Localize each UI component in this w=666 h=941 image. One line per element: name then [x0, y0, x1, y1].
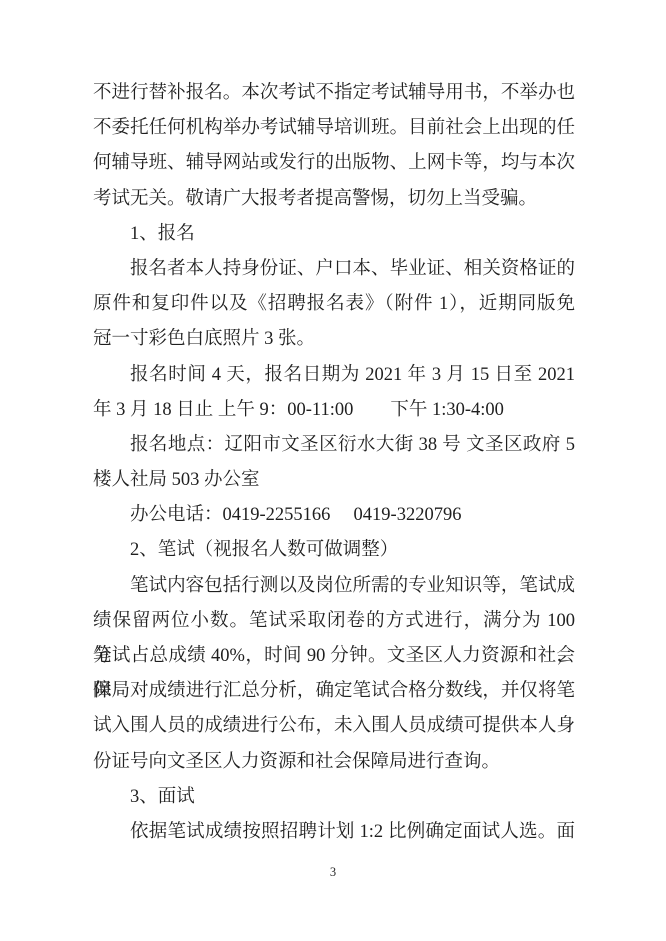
text-line: 不委托任何机构举办考试辅导培训班。目前社会上出现的任	[93, 111, 575, 146]
text-line: 报名时间 4 天，报名日期为 2021 年 3 月 15 日至 2021	[93, 358, 575, 393]
section-heading-line: 1、报名	[93, 217, 575, 252]
page-number: 3	[0, 864, 666, 880]
text-line: 原件和复印件以及《招聘报名表》（附件 1），近期同版免	[93, 287, 575, 322]
section-heading-line: 2、笔试（视报名人数可做调整）	[93, 533, 575, 568]
text-line: 考试无关。敬请广大报考者提高警惕，切勿上当受骗。	[93, 182, 575, 217]
text-line: 份证号向文圣区人力资源和社会保障局进行查询。	[93, 745, 575, 780]
text-line: 试入围人员的成绩进行公布，未入围人员成绩可提供本人身	[93, 709, 575, 744]
text-line: 报名地点：辽阳市文圣区衍水大街 38 号 文圣区政府 5	[93, 428, 575, 463]
text-line: 笔试内容包括行测以及岗位所需的专业知识等，笔试成	[93, 569, 575, 604]
text-line: 办公电话：0419-2255166 0419-3220796	[93, 498, 575, 533]
text-line: 报名者本人持身份证、户口本、毕业证、相关资格证的	[93, 252, 575, 287]
text-line: 障局对成绩进行汇总分析，确定笔试合格分数线，并仅将笔	[93, 674, 575, 709]
text-line: 依据笔试成绩按照招聘计划 1:2 比例确定面试人选。面	[93, 815, 575, 850]
text-line: 冠一寸彩色白底照片 3 张。	[93, 322, 575, 357]
section-heading-line: 3、面试	[93, 780, 575, 815]
text-line: 年 3 月 18 日止 上午 9：00-11:00 下午 1:30-4:00	[93, 393, 575, 428]
text-line: 何辅导班、辅导网站或发行的出版物、上网卡等，均与本次	[93, 146, 575, 181]
text-line: 楼人社局 503 办公室	[93, 463, 575, 498]
document-page: { "page": { "background": "#ffffff", "te…	[0, 0, 666, 941]
text-line: 笔试占总成绩 40%，时间 90 分钟。文圣区人力资源和社会保	[93, 639, 575, 674]
text-line: 绩保留两位小数。笔试采取闭卷的方式进行，满分为 100 分，	[93, 604, 575, 639]
body-text: 不进行替补报名。本次考试不指定考试辅导用书，不举办也 不委托任何机构举办考试辅导…	[93, 76, 575, 850]
text-line: 不进行替补报名。本次考试不指定考试辅导用书，不举办也	[93, 76, 575, 111]
